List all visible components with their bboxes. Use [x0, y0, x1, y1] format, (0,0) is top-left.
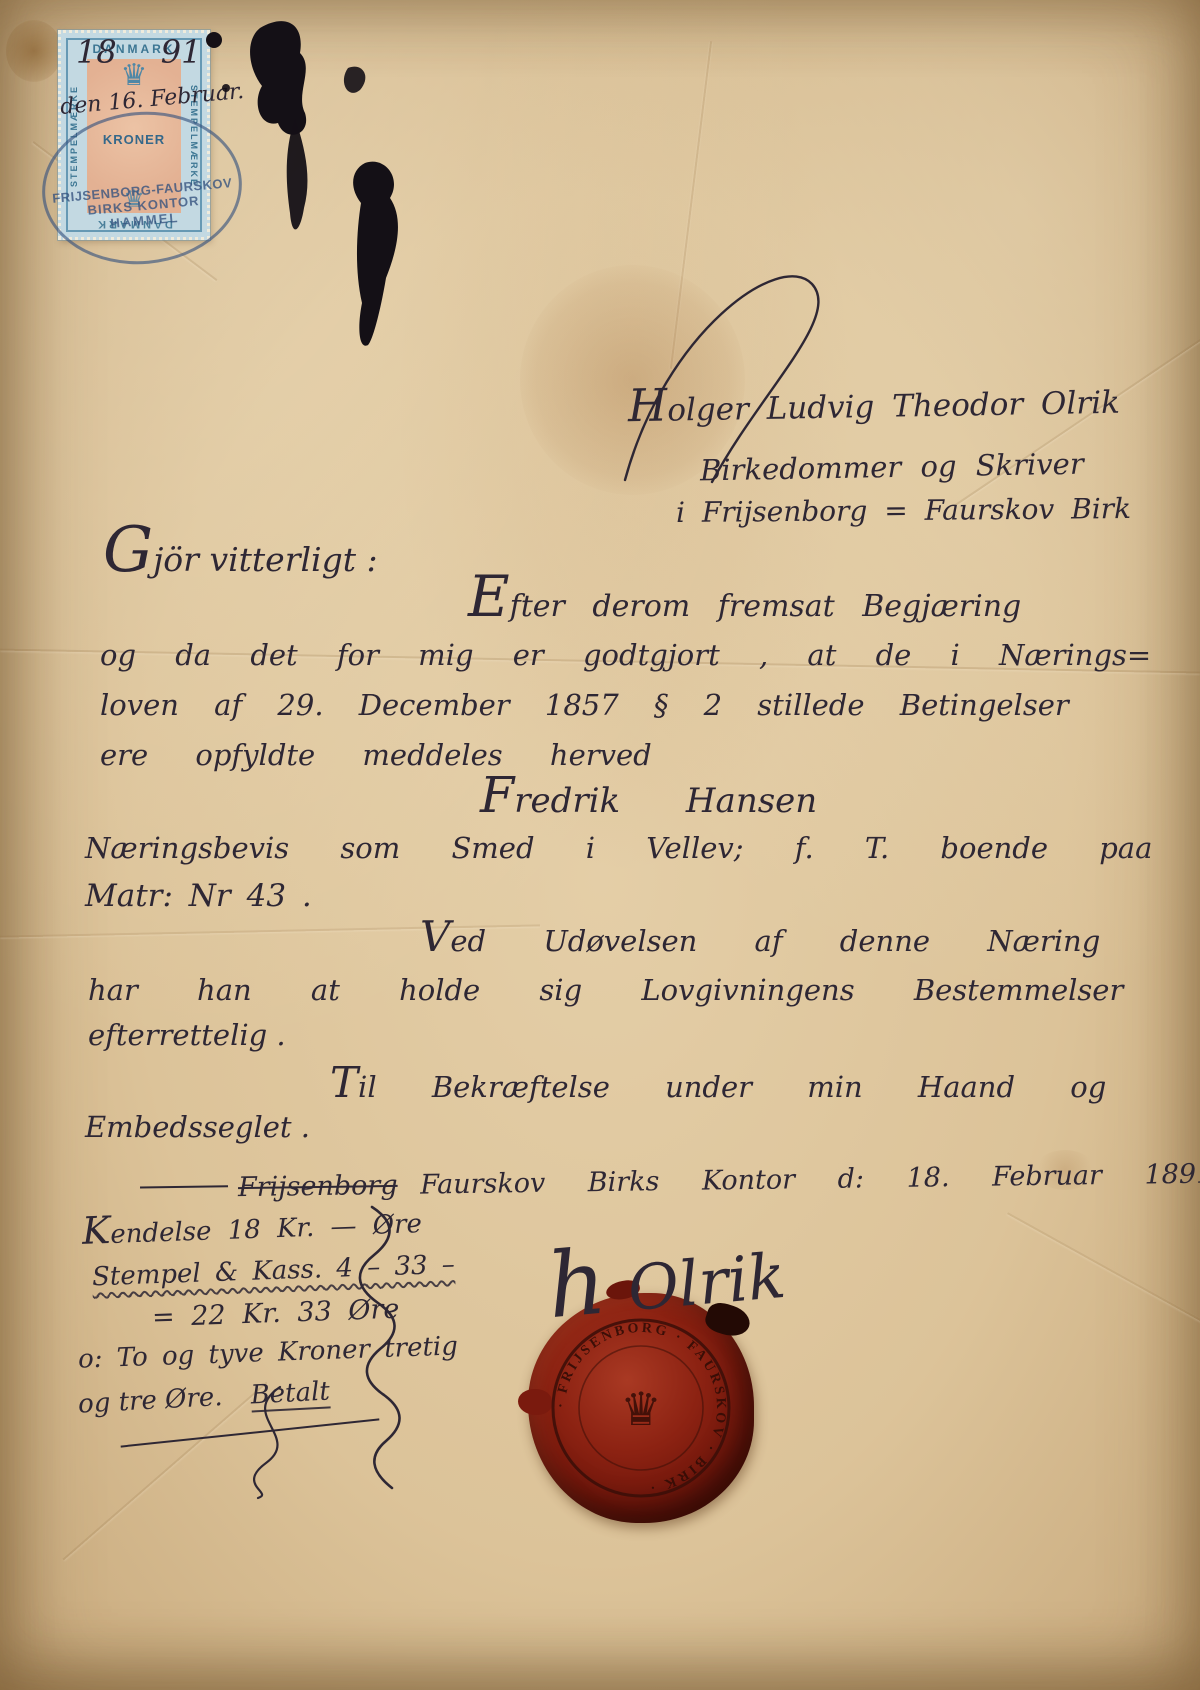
body-line: Næringsbevis som Smed i Vellev; f. T. bo…	[85, 833, 1152, 863]
paper-stain	[6, 20, 62, 82]
dateline-struck-word: Frijsenborg	[238, 1170, 398, 1203]
header-jurisdiction: i Frijsenborg = Faurskov Birk	[676, 494, 1131, 527]
body-line: ere opfyldte meddeles herved	[100, 740, 652, 770]
paper-crease	[1007, 1212, 1200, 1349]
seal-crown-icon: ♛	[620, 1382, 661, 1436]
body-line: Efter derom fremsat Begjæring	[468, 578, 1021, 623]
header-title: Birkedommer og Skriver	[700, 449, 1084, 486]
body-line: Embedsseglet .	[85, 1112, 310, 1142]
year-right: 91	[161, 36, 202, 70]
body-line: efterrettelig .	[88, 1020, 286, 1050]
pen-dash	[140, 1185, 228, 1188]
body-line: Til Bekræftelse under min Haand og	[330, 1068, 1106, 1102]
body-line: og da det for mig er godtgjort , at de i…	[100, 640, 1151, 670]
dateline-text: Faurskov Birks Kontor d: 18. Februar 189…	[420, 1159, 1200, 1201]
header-name: Holger Ludvig Theodor Olrik	[628, 382, 1120, 428]
year-left: 18	[76, 36, 117, 70]
body-line: Matr: Nr 43 .	[85, 880, 312, 913]
s-flourish	[218, 1385, 308, 1500]
stamp-handwritten-year: 18 91	[76, 36, 201, 70]
date-line: Frijsenborg Faurskov Birks Kontor d: 18.…	[140, 1161, 1200, 1204]
grantee-name: Fredrik Hansen	[480, 778, 817, 820]
fee-ore-text: og tre Øre.	[77, 1382, 223, 1420]
body-line: Ved Udøvelsen af denne Næring	[420, 922, 1100, 956]
document-page: DANMARK STEMPELMÆRKE STEMPELMÆRKE ♛ KRON…	[0, 0, 1200, 1690]
body-line: har han at holde sig Lovgivningens Beste…	[88, 975, 1123, 1005]
ink-blot	[200, 8, 430, 358]
body-line: loven af 29. December 1857 § 2 stillede …	[100, 690, 1069, 720]
salutation: Gjör vitterligt :	[103, 528, 378, 578]
brace-flourish	[342, 1205, 442, 1490]
signature: h Olrik	[545, 1236, 788, 1329]
